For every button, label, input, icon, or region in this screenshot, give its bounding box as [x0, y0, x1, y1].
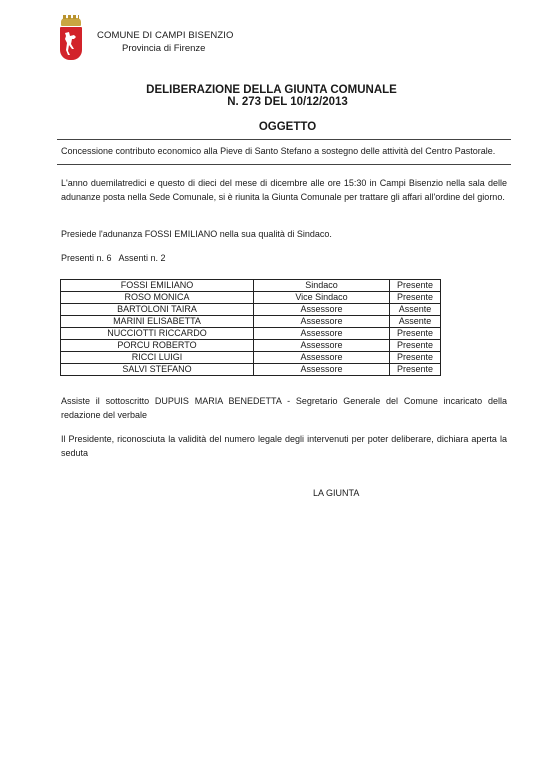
members-table: FOSSI EMILIANOSindacoPresenteROSO MONICA…	[60, 279, 441, 376]
member-status: Presente	[390, 328, 441, 340]
table-row: RICCI LUIGIAssessorePresente	[61, 352, 441, 364]
member-role: Assessore	[254, 304, 390, 316]
member-role: Vice Sindaco	[254, 292, 390, 304]
table-row: BARTOLONI TAIRAAssessoreAssente	[61, 304, 441, 316]
subject-heading: OGGETTO	[0, 121, 543, 133]
member-name: PORCU ROBERTO	[61, 340, 254, 352]
document-page: COMUNE DI CAMPI BISENZIO Provincia di Fi…	[0, 0, 543, 768]
member-status: Presente	[390, 352, 441, 364]
opening-paragraph: L'anno duemilatredici e questo di dieci …	[61, 177, 507, 204]
member-status: Presente	[390, 280, 441, 292]
attendance-summary: Presenti n. 6 Assenti n. 2	[61, 252, 507, 266]
member-name: BARTOLONI TAIRA	[61, 304, 254, 316]
member-role: Assessore	[254, 352, 390, 364]
opening-declaration-paragraph: Il Presidente, riconosciuta la validità …	[61, 433, 507, 460]
municipality-name: COMUNE DI CAMPI BISENZIO	[97, 30, 233, 41]
member-role: Assessore	[254, 364, 390, 376]
member-role: Assessore	[254, 328, 390, 340]
crown-icon	[61, 18, 81, 26]
province-name: Provincia di Firenze	[122, 43, 205, 54]
table-row: ROSO MONICAVice SindacoPresente	[61, 292, 441, 304]
member-status: Presente	[390, 340, 441, 352]
divider-top	[57, 139, 511, 140]
member-name: MARINI ELISABETTA	[61, 316, 254, 328]
member-status: Presente	[390, 364, 441, 376]
president-paragraph: Presiede l'adunanza FOSSI EMILIANO nella…	[61, 228, 507, 242]
member-role: Assessore	[254, 340, 390, 352]
shield-icon	[60, 27, 82, 60]
table-row: PORCU ROBERTOAssessorePresente	[61, 340, 441, 352]
document-title: DELIBERAZIONE DELLA GIUNTA COMUNALE	[0, 84, 543, 96]
municipal-coat-of-arms-icon	[60, 18, 82, 60]
member-status: Assente	[390, 316, 441, 328]
table-row: MARINI ELISABETTAAssessoreAssente	[61, 316, 441, 328]
member-role: Sindaco	[254, 280, 390, 292]
signature-label: LA GIUNTA	[313, 488, 359, 498]
divider-bottom	[57, 164, 511, 165]
table-row: SALVI STEFANOAssessorePresente	[61, 364, 441, 376]
member-name: NUCCIOTTI RICCARDO	[61, 328, 254, 340]
table-row: NUCCIOTTI RICCARDOAssessorePresente	[61, 328, 441, 340]
secretary-paragraph: Assiste il sottoscritto DUPUIS MARIA BEN…	[61, 395, 507, 422]
member-status: Assente	[390, 304, 441, 316]
member-name: ROSO MONICA	[61, 292, 254, 304]
table-row: FOSSI EMILIANOSindacoPresente	[61, 280, 441, 292]
deliberation-number: N. 273 DEL 10/12/2013	[0, 96, 543, 108]
member-name: RICCI LUIGI	[61, 352, 254, 364]
subject-text: Concessione contributo economico alla Pi…	[61, 146, 495, 156]
member-name: FOSSI EMILIANO	[61, 280, 254, 292]
member-name: SALVI STEFANO	[61, 364, 254, 376]
member-status: Presente	[390, 292, 441, 304]
member-role: Assessore	[254, 316, 390, 328]
